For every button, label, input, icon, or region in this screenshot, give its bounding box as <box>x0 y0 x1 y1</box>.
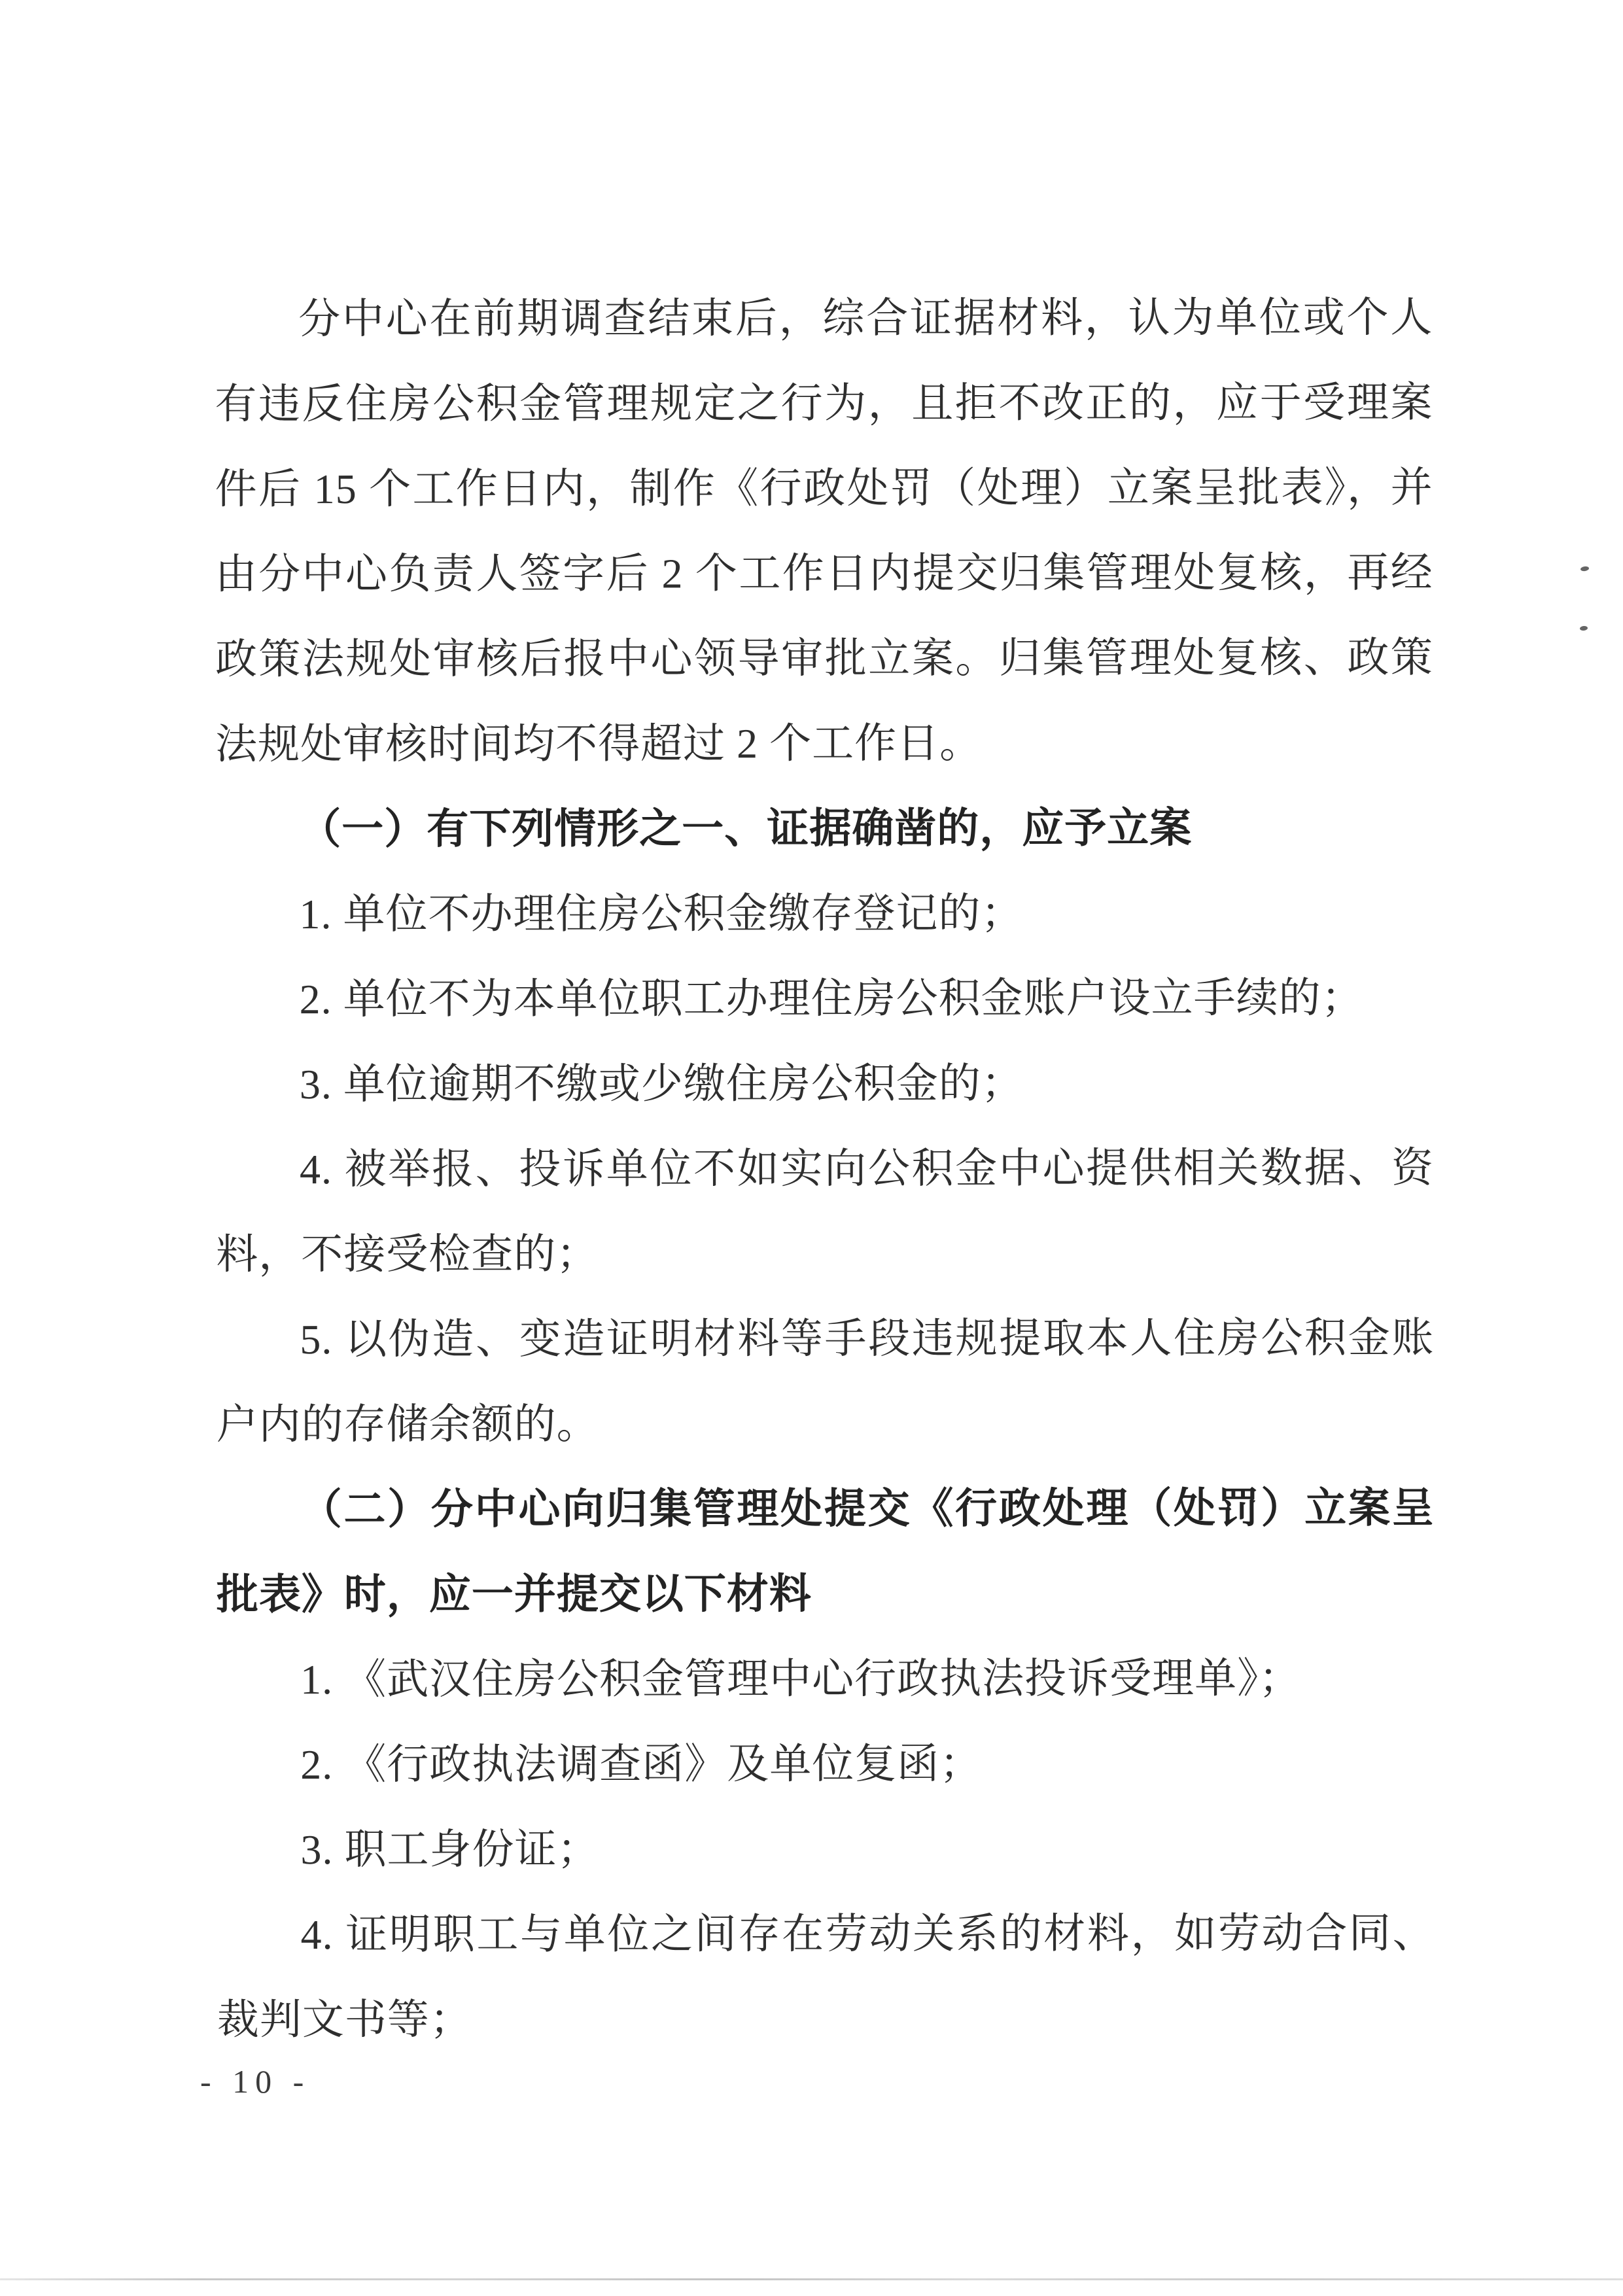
heading-section-1: （一）有下列情形之一、证据确凿的，应予立案 <box>215 786 1433 873</box>
heading-section-2: （二）分中心向归集管理处提交《行政处理（处罚）立案呈批表》时，应一并提交以下材料 <box>217 1466 1435 1638</box>
list-item-1-4: 4. 被举报、投诉单位不如实向公积金中心提供相关数据、资料，不接受检查的； <box>216 1126 1434 1298</box>
list-item-2-1: 1. 《武汉住房公积金管理中心行政执法投诉受理单》； <box>217 1636 1435 1723</box>
document-page: 分中心在前期调查结束后，综合证据材料，认为单位或个人有违反住房公积金管理规定之行… <box>0 0 1623 2296</box>
list-item-1-3: 3. 单位逾期不缴或少缴住房公积金的； <box>216 1041 1434 1128</box>
scan-artifact-speck <box>1580 566 1590 572</box>
list-item-2-3: 3. 职工身份证； <box>217 1806 1435 1893</box>
list-item-1-1: 1. 单位不办理住房公积金缴存登记的； <box>215 871 1433 958</box>
paragraph-case-filing-procedure: 分中心在前期调查结束后，综合证据材料，认为单位或个人有违反住房公积金管理规定之行… <box>215 275 1433 788</box>
page-number: - 10 - <box>200 2062 310 2101</box>
list-item-1-5: 5. 以伪造、变造证明材料等手段违规提取本人住房公积金账户内的存储余额的。 <box>216 1296 1434 1468</box>
list-item-2-4: 4. 证明职工与单位之间存在劳动关系的材料，如劳动合同、裁判文书等； <box>217 1891 1435 2063</box>
document-body: 分中心在前期调查结束后，综合证据材料，认为单位或个人有违反住房公积金管理规定之行… <box>215 275 1435 2063</box>
list-item-2-2: 2. 《行政执法调查函》及单位复函； <box>217 1721 1435 1808</box>
scan-artifact-speck <box>1580 625 1588 631</box>
list-item-1-2: 2. 单位不为本单位职工办理住房公积金账户设立手续的； <box>216 956 1434 1043</box>
scan-edge-line <box>0 2278 1623 2280</box>
